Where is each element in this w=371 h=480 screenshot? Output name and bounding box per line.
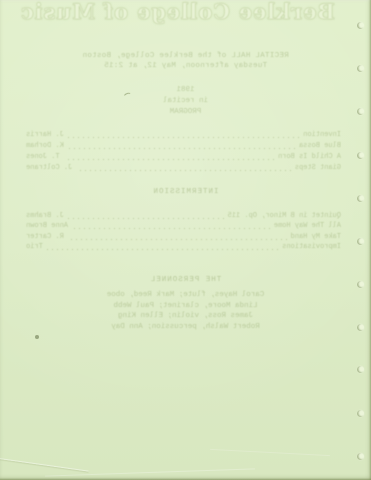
ghost-intermission-heading: INTERMISSION (0, 187, 371, 197)
ghost-program-section-1: Invention J. Harris Blue Bossa K. Dorham… (26, 129, 341, 173)
ghost-piece-title: All The Way Home (274, 221, 341, 231)
dotted-leader (76, 170, 291, 171)
ghost-performer: J. Coltrane (26, 163, 72, 173)
ghost-piece-title: Blue Bossa (299, 141, 341, 151)
binding-hole-mark (357, 22, 364, 29)
ghost-performer: J. Brahms (26, 211, 64, 221)
ghost-piece-title: Giant Steps (295, 163, 341, 173)
binding-hole-mark (357, 238, 364, 245)
ghost-program-row: All The Way Home Anne Brown (26, 221, 341, 232)
ghost-venue-line: Tuesday afternoon, May 12, at 2:15 (0, 61, 371, 71)
ghost-performer: T. Jones (26, 152, 60, 162)
ghost-personnel-line: Robert Walsh, percussion; Ann Day (0, 322, 371, 333)
ghost-piece-title: A Child Is Born (278, 152, 341, 162)
ghost-venue-line: RECITAL HALL of the Berklee College, Bos… (0, 51, 371, 61)
ghost-date-block: 1981 in recital PROGRAM (0, 85, 371, 118)
binding-hole-mark (357, 281, 364, 288)
scanned-program-page: Berklee College of Music RECITAL HALL of… (0, 0, 371, 480)
ghost-program-row: Take My Hand R. Carter (26, 231, 341, 242)
ghost-piece-title: Improvisations (282, 242, 341, 252)
dotted-leader (68, 137, 299, 138)
ghost-college-logo: Berklee College of Music (35, 7, 335, 17)
binding-hole-mark (357, 324, 364, 331)
dotted-leader (68, 218, 224, 219)
dotted-leader (64, 159, 274, 160)
binding-hole-mark (357, 366, 364, 373)
ghost-program-row: Quintet in B Minor, Op. 115 J. Brahms (26, 210, 341, 221)
ghost-personnel-line: Linda Moore, clarinet; Paul Webb (0, 301, 371, 312)
ghost-performer: R. Carter (26, 232, 64, 242)
binding-hole-mark (357, 195, 364, 202)
dotted-leader (72, 228, 270, 229)
binding-hole-mark (357, 453, 364, 460)
ghost-program-row: A Child Is Born T. Jones (26, 151, 341, 162)
ghost-piece-title: Invention (303, 130, 341, 140)
ghost-personnel-line: James Ross, violin; Ellen King (0, 311, 371, 322)
ghost-piece-title: Quintet in B Minor, Op. 115 (228, 211, 341, 221)
ghost-personnel-block: Carol Hayes, flute; Mark Reed, oboeLinda… (0, 290, 371, 332)
binding-hole-mark (357, 108, 364, 115)
binding-hole-mark (357, 65, 364, 72)
ghost-date-line: 1981 (0, 85, 371, 96)
ghost-program-section-2: Quintet in B Minor, Op. 115 J. Brahms Al… (26, 210, 341, 252)
ghost-performer: Anne Brown (26, 221, 68, 231)
ghost-performer: J. Harris (26, 130, 64, 140)
ghost-program-row: Improvisations Trio (26, 242, 341, 253)
binding-hole-mark (357, 152, 364, 159)
ghost-personnel-heading: THE PERSONNEL (0, 275, 371, 285)
ghost-piece-title: Take My Hand (291, 232, 341, 242)
ghost-date-line: PROGRAM (0, 107, 371, 118)
bleed-through-layer: Berklee College of Music RECITAL HALL of… (0, 0, 371, 480)
ghost-program-row: Invention J. Harris (26, 129, 341, 140)
ghost-program-row: Giant Steps J. Coltrane (26, 162, 341, 173)
ink-speck (35, 335, 39, 339)
ghost-personnel-line: Carol Hayes, flute; Mark Reed, oboe (0, 290, 371, 301)
dotted-leader (47, 249, 278, 250)
binding-hole-mark (357, 410, 364, 417)
ghost-venue-block: RECITAL HALL of the Berklee College, Bos… (0, 51, 371, 71)
ghost-performer: K. Dorham (26, 141, 64, 151)
dotted-leader (68, 148, 295, 149)
dotted-leader (68, 239, 287, 240)
ghost-date-line: in recital (0, 96, 371, 107)
ghost-performer: Trio (26, 242, 43, 252)
ghost-program-row: Blue Bossa K. Dorham (26, 140, 341, 151)
